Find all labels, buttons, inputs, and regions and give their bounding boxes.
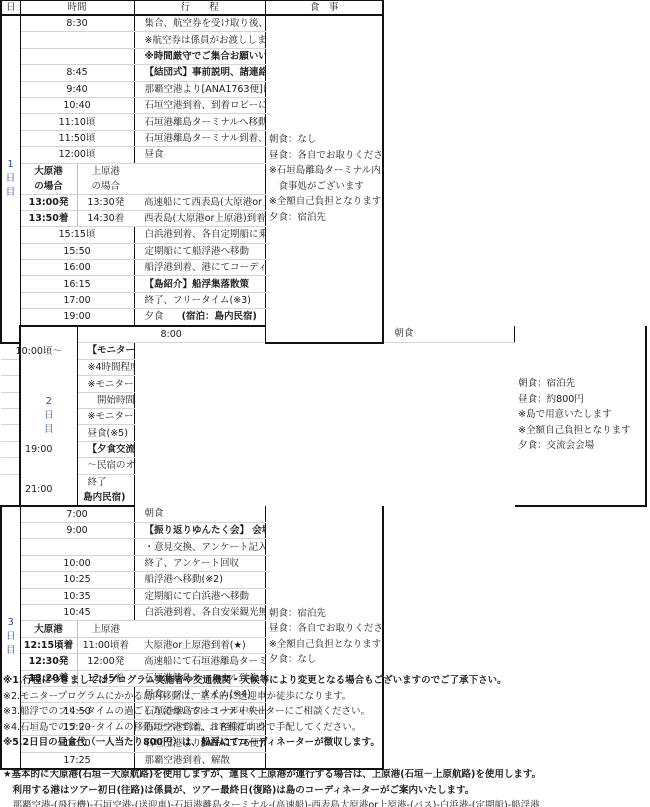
header-meals: 食 事 bbox=[265, 1, 383, 16]
port-a-time: 12:30発 bbox=[20, 654, 77, 670]
day-label: 1日目 bbox=[1, 15, 20, 343]
plan-cell: 定期船にて船浮港へ移動 bbox=[134, 243, 265, 259]
time-cell: 16:00 bbox=[20, 260, 134, 276]
meal-list: 朝食：宿泊先昼食：各自でお取りください※全額自己負担となります夕食：なし bbox=[269, 606, 383, 668]
time-cell: 9:40 bbox=[20, 81, 134, 97]
time-cell: 8:00 bbox=[77, 326, 265, 343]
footer-line-2: 利用する港はツアー初日(往路)は係員が、ツアー最終日(復路)は島のコーディネータ… bbox=[3, 783, 648, 799]
plan-cell: 高速船にて西表島(大原港or上原港)へ移動(★) bbox=[134, 194, 265, 210]
plan-cell: 朝食 bbox=[383, 326, 514, 343]
port-b-header: 上原港の場合 bbox=[77, 163, 134, 194]
plan-cell: 船浮港到着、港にてコーディネーターと合流 bbox=[134, 260, 265, 276]
plan-text: 那覇空港より[ANA1763便]にて出発 bbox=[145, 84, 266, 95]
plan-cell: 【振り返りゆんたく会】 会場：ふなうき荘 bbox=[134, 523, 265, 539]
plan-cell: 終了、フリータイム(※3) bbox=[134, 292, 265, 308]
time-cell bbox=[1, 359, 77, 375]
plan-text: 船浮港到着、港にてコーディネーターと合流 bbox=[145, 262, 266, 273]
time-cell: 12:00頃 bbox=[20, 147, 134, 163]
meal-line: ※全額自己負担となります bbox=[269, 194, 383, 210]
meal-list: 朝食：宿泊先昼食：約800円※島で用意いたします※全額自己負担となります夕食：交… bbox=[518, 376, 645, 454]
stay-label: (宿泊：島内民宿) bbox=[77, 490, 134, 505]
day-label-char: 日 bbox=[2, 630, 20, 644]
meal-line: ※島で用意いたします bbox=[518, 407, 645, 423]
plan-text: 石垣港離島ターミナルへ移動(※2) bbox=[145, 117, 266, 128]
meal-line: 昼食：各自でお取りください bbox=[269, 621, 383, 637]
plan-cell: ※4時間程度のプログラムです bbox=[77, 359, 134, 375]
plan-text: 石垣港離島ターミナル到着、係員より高速船チケットを受け取る bbox=[145, 133, 266, 144]
time-cell: 10:00 bbox=[20, 555, 134, 571]
time-cell: 10:00頃～ bbox=[1, 343, 77, 360]
plan-cell: 終了、アンケート回収 bbox=[134, 555, 265, 571]
port-a-time: 13:00発 bbox=[20, 194, 77, 210]
plan-cell: 朝食 bbox=[134, 506, 265, 523]
meal-line: 朝食：宿泊先 bbox=[269, 606, 383, 622]
day-label-char: 日 bbox=[2, 172, 19, 186]
header-row: 日 時間 行 程 食 事 bbox=[1, 1, 646, 16]
itinerary-table: 日 時間 行 程 食 事 1日目8:30集合、航空券を受け取り後、荷物預けを済ま… bbox=[0, 0, 647, 770]
time-cell bbox=[20, 32, 134, 48]
plan-text: ※航空券は係員がお渡しします bbox=[145, 35, 266, 46]
plan-text: 終了、アンケート回収 bbox=[145, 558, 239, 569]
time-cell: 16:15 bbox=[20, 276, 134, 292]
spacer bbox=[3, 751, 648, 767]
note-4: ※4.石垣島でのフリータイムの移動については、お客様ご自身で手配してください。 bbox=[3, 720, 648, 736]
plan-cell: ※航空券は係員がお渡しします bbox=[134, 32, 265, 48]
port-b-time: 13:30発 bbox=[77, 194, 134, 210]
plan-text: 【モニタープログラム】自然と共に生きる島"西表・船浮"滝までトレッキングツアー bbox=[88, 345, 135, 356]
time-cell: 11:10頃 bbox=[20, 114, 134, 130]
port-a-time: 13:50着 bbox=[20, 210, 77, 226]
plan-text: 朝食 bbox=[145, 508, 164, 519]
plan-cell: 【夕食交流会】 会場：ふなうき荘食堂 bbox=[77, 441, 134, 457]
port-b-time: 11:00頃着 bbox=[77, 637, 134, 653]
time-cell bbox=[1, 376, 77, 392]
schedule-row: 3日目7:00朝食朝食：宿泊先昼食：各自でお取りください※全額自己負担となります… bbox=[1, 506, 646, 523]
port-b-sub: の場合 bbox=[78, 179, 135, 194]
plan-cell: ※モニタープログラム以外の時間はフリータイムになります(※3) bbox=[77, 409, 134, 425]
plan-cell: 船浮港へ移動(※2) bbox=[134, 572, 265, 588]
plan-text: 終了、フリータイム(※3) bbox=[145, 295, 251, 306]
plan-cell: 白浜港到着、各自定期船に乗船 bbox=[134, 227, 265, 243]
schedule-row: 1日目8:30集合、航空券を受け取り後、荷物預けを済ませる朝食：なし昼食：各自で… bbox=[1, 15, 646, 32]
port-a-header: 大原港 bbox=[20, 621, 77, 637]
plan-cell: 定期船にて白浜港へ移動 bbox=[134, 588, 265, 604]
time-cell: 7:00 bbox=[20, 506, 134, 523]
plan-cell: 石垣空港到着、到着ロビーにて係員と合流 bbox=[134, 97, 265, 113]
note-5: ※5.2日目の昼食代（一人当たり800円）は、船浮にてコーディネーターが徴収しま… bbox=[3, 735, 648, 751]
day-label-char: 1 bbox=[2, 158, 19, 172]
port-a-name: 大原港 bbox=[21, 622, 77, 637]
note-1: ※1.行程につきましてはプログラム実施者や交通機関・天候等により変更となる場合も… bbox=[3, 673, 648, 689]
plan-text: 定期船にて船浮港へ移動 bbox=[145, 246, 250, 257]
plan-text: 開始時間は前日の夕食時に決定します bbox=[88, 395, 135, 406]
plan-text: 【振り返りゆんたく会】 会場：ふなうき荘 bbox=[145, 525, 266, 536]
time-cell bbox=[1, 392, 77, 408]
port-b-time: 14:30着 bbox=[77, 210, 134, 226]
plan-cell: 石垣港離島ターミナル到着、係員より高速船チケットを受け取る bbox=[134, 130, 265, 146]
meals-cell: 朝食：宿泊先昼食：約800円※島で用意いたします※全額自己負担となります夕食：交… bbox=[515, 326, 646, 506]
time-cell: 15:50 bbox=[20, 243, 134, 259]
port-a-sub: の場合 bbox=[21, 179, 77, 194]
time-cell bbox=[1, 458, 77, 474]
plan-text: ～民宿のオジサンオバサンや、ツアーのお兄さんとのユンタクをお楽しみください～ bbox=[88, 460, 135, 471]
meals-cell: 朝食：なし昼食：各自でお取りください※石垣島離島ターミナル内に 食事処がございま… bbox=[265, 15, 383, 343]
plan-cell: 終了(宿泊：島内民宿) bbox=[77, 474, 134, 506]
plan-text: 【島紹介】船浮集落散策 bbox=[145, 279, 250, 290]
time-cell bbox=[1, 425, 77, 441]
meal-line: 食事処がございます bbox=[269, 179, 383, 195]
meal-line: 夕食：交流会会場 bbox=[518, 438, 645, 454]
time-cell: 8:30 bbox=[20, 15, 134, 32]
plan-text: ※時間厳守でご集合お願いいたします bbox=[145, 51, 266, 62]
meal-line: 昼食：各自でお取りください bbox=[269, 148, 383, 164]
day-label-char: 目 bbox=[2, 644, 20, 658]
time-cell: 10:25 bbox=[20, 572, 134, 588]
plan-text: 朝食 bbox=[394, 328, 413, 339]
stay-label: (宿泊：島内民宿) bbox=[182, 309, 265, 324]
time-cell: 11:50頃 bbox=[20, 130, 134, 146]
port-b-time: 12:00発 bbox=[77, 654, 134, 670]
time-cell bbox=[20, 48, 134, 64]
footer-line-1: ★基本的に大原港(石垣－大原航路)を使用しますが、運良く上原港が運行する場合は、… bbox=[3, 767, 648, 783]
time-cell: 9:00 bbox=[20, 523, 134, 539]
plan-cell: 大原港or上原港到着(★) bbox=[134, 637, 265, 653]
time-cell: 17:00 bbox=[20, 292, 134, 308]
time-cell: 15:15頃 bbox=[20, 227, 134, 243]
notes-section: ※1.行程につきましてはプログラム実施者や交通機関・天候等により変更となる場合も… bbox=[3, 673, 648, 807]
footer-line-3: 那覇空港-(飛行機)-石垣空港-(送迎車)-石垣港離島ターミナル-(高速船)-西… bbox=[3, 798, 648, 807]
plan-cell bbox=[134, 621, 265, 637]
plan-text: ※モニタープログラムの開始時間はその時の潮位等に合わせて変動いたします。 bbox=[88, 379, 135, 390]
time-cell: 10:45 bbox=[20, 605, 134, 621]
header-plan: 行 程 bbox=[134, 1, 265, 16]
plan-cell: ※時間厳守でご集合お願いいたします bbox=[134, 48, 265, 64]
day-label-char: 目 bbox=[2, 186, 19, 200]
plan-text: 定期船にて白浜港へ移動 bbox=[145, 591, 250, 602]
plan-cell: 高速船にて石垣港離島ターミナルへ移動 bbox=[134, 654, 265, 670]
plan-cell bbox=[134, 163, 265, 194]
plan-cell: 那覇空港より[ANA1763便]にて出発 bbox=[134, 81, 265, 97]
plan-text: 白浜港到着、各自定期船に乗船 bbox=[145, 229, 266, 240]
plan-cell: 夕食(宿泊：島内民宿) bbox=[134, 309, 265, 326]
time-cell: 21:00 bbox=[1, 474, 77, 506]
plan-cell: 【島紹介】船浮集落散策 bbox=[134, 276, 265, 292]
time-cell bbox=[1, 409, 77, 425]
port-a-header: 大原港の場合 bbox=[20, 163, 77, 194]
meal-line: ※全額自己負担となります bbox=[269, 637, 383, 653]
plan-text: 昼食(※5) bbox=[88, 428, 128, 439]
meal-line: 昼食：約800円 bbox=[518, 392, 645, 408]
port-b-name: 上原港 bbox=[78, 622, 135, 637]
day-label-char: 3 bbox=[2, 616, 20, 630]
meal-line: 夕食：なし bbox=[269, 652, 383, 668]
time-cell bbox=[20, 539, 134, 555]
plan-text: 昼食 bbox=[145, 149, 164, 160]
time-cell: 19:00 bbox=[1, 441, 77, 457]
plan-cell: 昼食(※5) bbox=[77, 425, 134, 441]
plan-cell: ・意見交換、アンケート記入 bbox=[134, 539, 265, 555]
plan-text: 【結団式】事前説明、諸連絡など bbox=[145, 67, 266, 78]
header-time: 時間 bbox=[20, 1, 134, 16]
plan-text: ※4時間程度のプログラムです bbox=[88, 362, 135, 373]
plan-cell: 集合、航空券を受け取り後、荷物預けを済ませる bbox=[134, 15, 265, 32]
plan-cell: 開始時間は前日の夕食時に決定します bbox=[77, 392, 134, 408]
plan-cell: 白浜港到着、各自安栄観光無料送迎バスに乗車し大原港or上原港へ移動(★) bbox=[134, 605, 265, 621]
meal-line: ※石垣島離島ターミナル内に bbox=[269, 163, 383, 179]
meal-list: 朝食：なし昼食：各自でお取りください※石垣島離島ターミナル内に 食事処がございま… bbox=[269, 132, 383, 225]
plan-text: 夕食 bbox=[145, 311, 164, 322]
time-cell: 10:40 bbox=[20, 97, 134, 113]
plan-cell: 西表島(大原港or上原港)到着、各自安栄観光無料送迎バスに乗車し白浜港へ移動(★… bbox=[134, 210, 265, 226]
plan-text: ※モニタープログラム以外の時間はフリータイムになります(※3) bbox=[88, 411, 135, 422]
header-day: 日 bbox=[1, 1, 20, 16]
plan-cell: 石垣港離島ターミナルへ移動(※2) bbox=[134, 114, 265, 130]
note-3: ※3.船浮でのフリータイムの過ごし方についてはコーディネーターにご相談ください。 bbox=[3, 704, 648, 720]
plan-text: 終了 bbox=[88, 477, 107, 488]
plan-cell: 【モニタープログラム】自然と共に生きる島"西表・船浮"滝までトレッキングツアー bbox=[77, 343, 134, 360]
port-a-name: 大原港 bbox=[21, 164, 77, 179]
plan-text: 集合、航空券を受け取り後、荷物預けを済ませる bbox=[145, 18, 266, 29]
meal-line: 朝食：宿泊先 bbox=[518, 376, 645, 392]
meal-line: ※全額自己負担となります bbox=[518, 423, 645, 439]
plan-text: 船浮港へ移動(※2) bbox=[145, 574, 223, 585]
plan-cell: 昼食 bbox=[134, 147, 265, 163]
port-a-time: 12:15頃着 bbox=[20, 637, 77, 653]
meal-line: 夕食：宿泊先 bbox=[269, 210, 383, 226]
port-b-name: 上原港 bbox=[78, 164, 135, 179]
plan-text: 白浜港到着、各自安栄観光無料送迎バスに乗車し大原港or上原港へ移動(★) bbox=[145, 607, 266, 618]
time-cell: 8:45 bbox=[20, 65, 134, 81]
plan-cell: ※モニタープログラムの開始時間はその時の潮位等に合わせて変動いたします。 bbox=[77, 376, 134, 392]
plan-cell: ～民宿のオジサンオバサンや、ツアーのお兄さんとのユンタクをお楽しみください～ bbox=[77, 458, 134, 474]
meal-line: 朝食：なし bbox=[269, 132, 383, 148]
plan-text: 石垣空港到着、到着ロビーにて係員と合流 bbox=[145, 100, 266, 111]
time-cell: 19:00 bbox=[20, 309, 134, 326]
note-2: ※2.モニタープログラムにかかる島内移動は、基本的に送迎車か徒歩になります。 bbox=[3, 689, 648, 705]
plan-text: 【夕食交流会】 会場：ふなうき荘食堂 bbox=[88, 444, 135, 455]
plan-text: ・意見交換、アンケート記入 bbox=[145, 542, 266, 553]
plan-cell: 【結団式】事前説明、諸連絡など bbox=[134, 65, 265, 81]
port-b-header: 上原港 bbox=[77, 621, 134, 637]
time-cell: 10:35 bbox=[20, 588, 134, 604]
